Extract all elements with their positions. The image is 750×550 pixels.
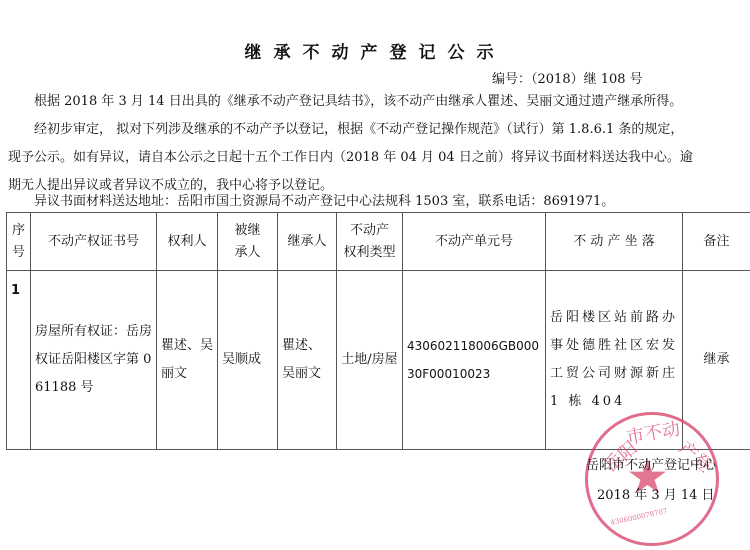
header-certificate: 不动产权证书号 <box>31 213 157 271</box>
seal-code: 4306000078707 <box>610 507 668 527</box>
header-location: 不 动 产 坐 落 <box>546 213 683 271</box>
page-title: 继承不动产登记公示 <box>0 38 750 63</box>
header-remark: 备注 <box>683 213 750 271</box>
header-right-type: 不动产权利类型 <box>337 213 403 271</box>
cell-right-holder: 瞿述、吴丽文 <box>157 271 218 450</box>
header-seq: 序号 <box>7 213 31 271</box>
cell-remark: 继承 <box>683 271 750 450</box>
paragraph-review-line2: 现予公示。如有异议，请自本公示之日起十五个工作日内（2018 年 04 月 04… <box>8 144 746 172</box>
header-unit-no: 不动产单元号 <box>403 213 546 271</box>
official-seal: 岳阳 市不动 产登 ★ 4306000078707 <box>585 412 719 546</box>
cell-unit-no: 430602118006GB00030F00010023 <box>403 271 546 450</box>
cell-decedent: 吴顺成 <box>218 271 278 450</box>
header-right-holder: 权利人 <box>157 213 218 271</box>
header-heir: 继承人 <box>278 213 337 271</box>
signature-org: 岳阳市不动产登记中心 <box>586 454 716 473</box>
paragraph-review-line1: 经初步审定， 拟对下列涉及继承的不动产予以登记，根据《不动产登记操作规范》（试行… <box>8 116 746 144</box>
cell-heir: 瞿述、吴丽文 <box>278 271 337 450</box>
signature-date: 2018 年 3 月 14 日 <box>597 484 715 503</box>
table-header-row: 序号 不动产权证书号 权利人 被继承人 继承人 不动产权利类型 不动产单元号 不… <box>7 213 750 271</box>
header-decedent: 被继承人 <box>218 213 278 271</box>
paragraph-basis: 根据 2018 年 3 月 14 日出具的《继承不动产登记具结书》，该不动产由继… <box>8 88 746 116</box>
cell-certificate: 房屋所有权证：岳房权证岳阳楼区字第 061188 号 <box>31 271 157 450</box>
cell-right-type: 土地/房屋 <box>337 271 403 450</box>
document-number: 编号：（2018）继 108 号 <box>492 68 643 87</box>
cell-seq: 1 <box>7 271 31 450</box>
seal-text: 市不动 <box>624 415 682 450</box>
